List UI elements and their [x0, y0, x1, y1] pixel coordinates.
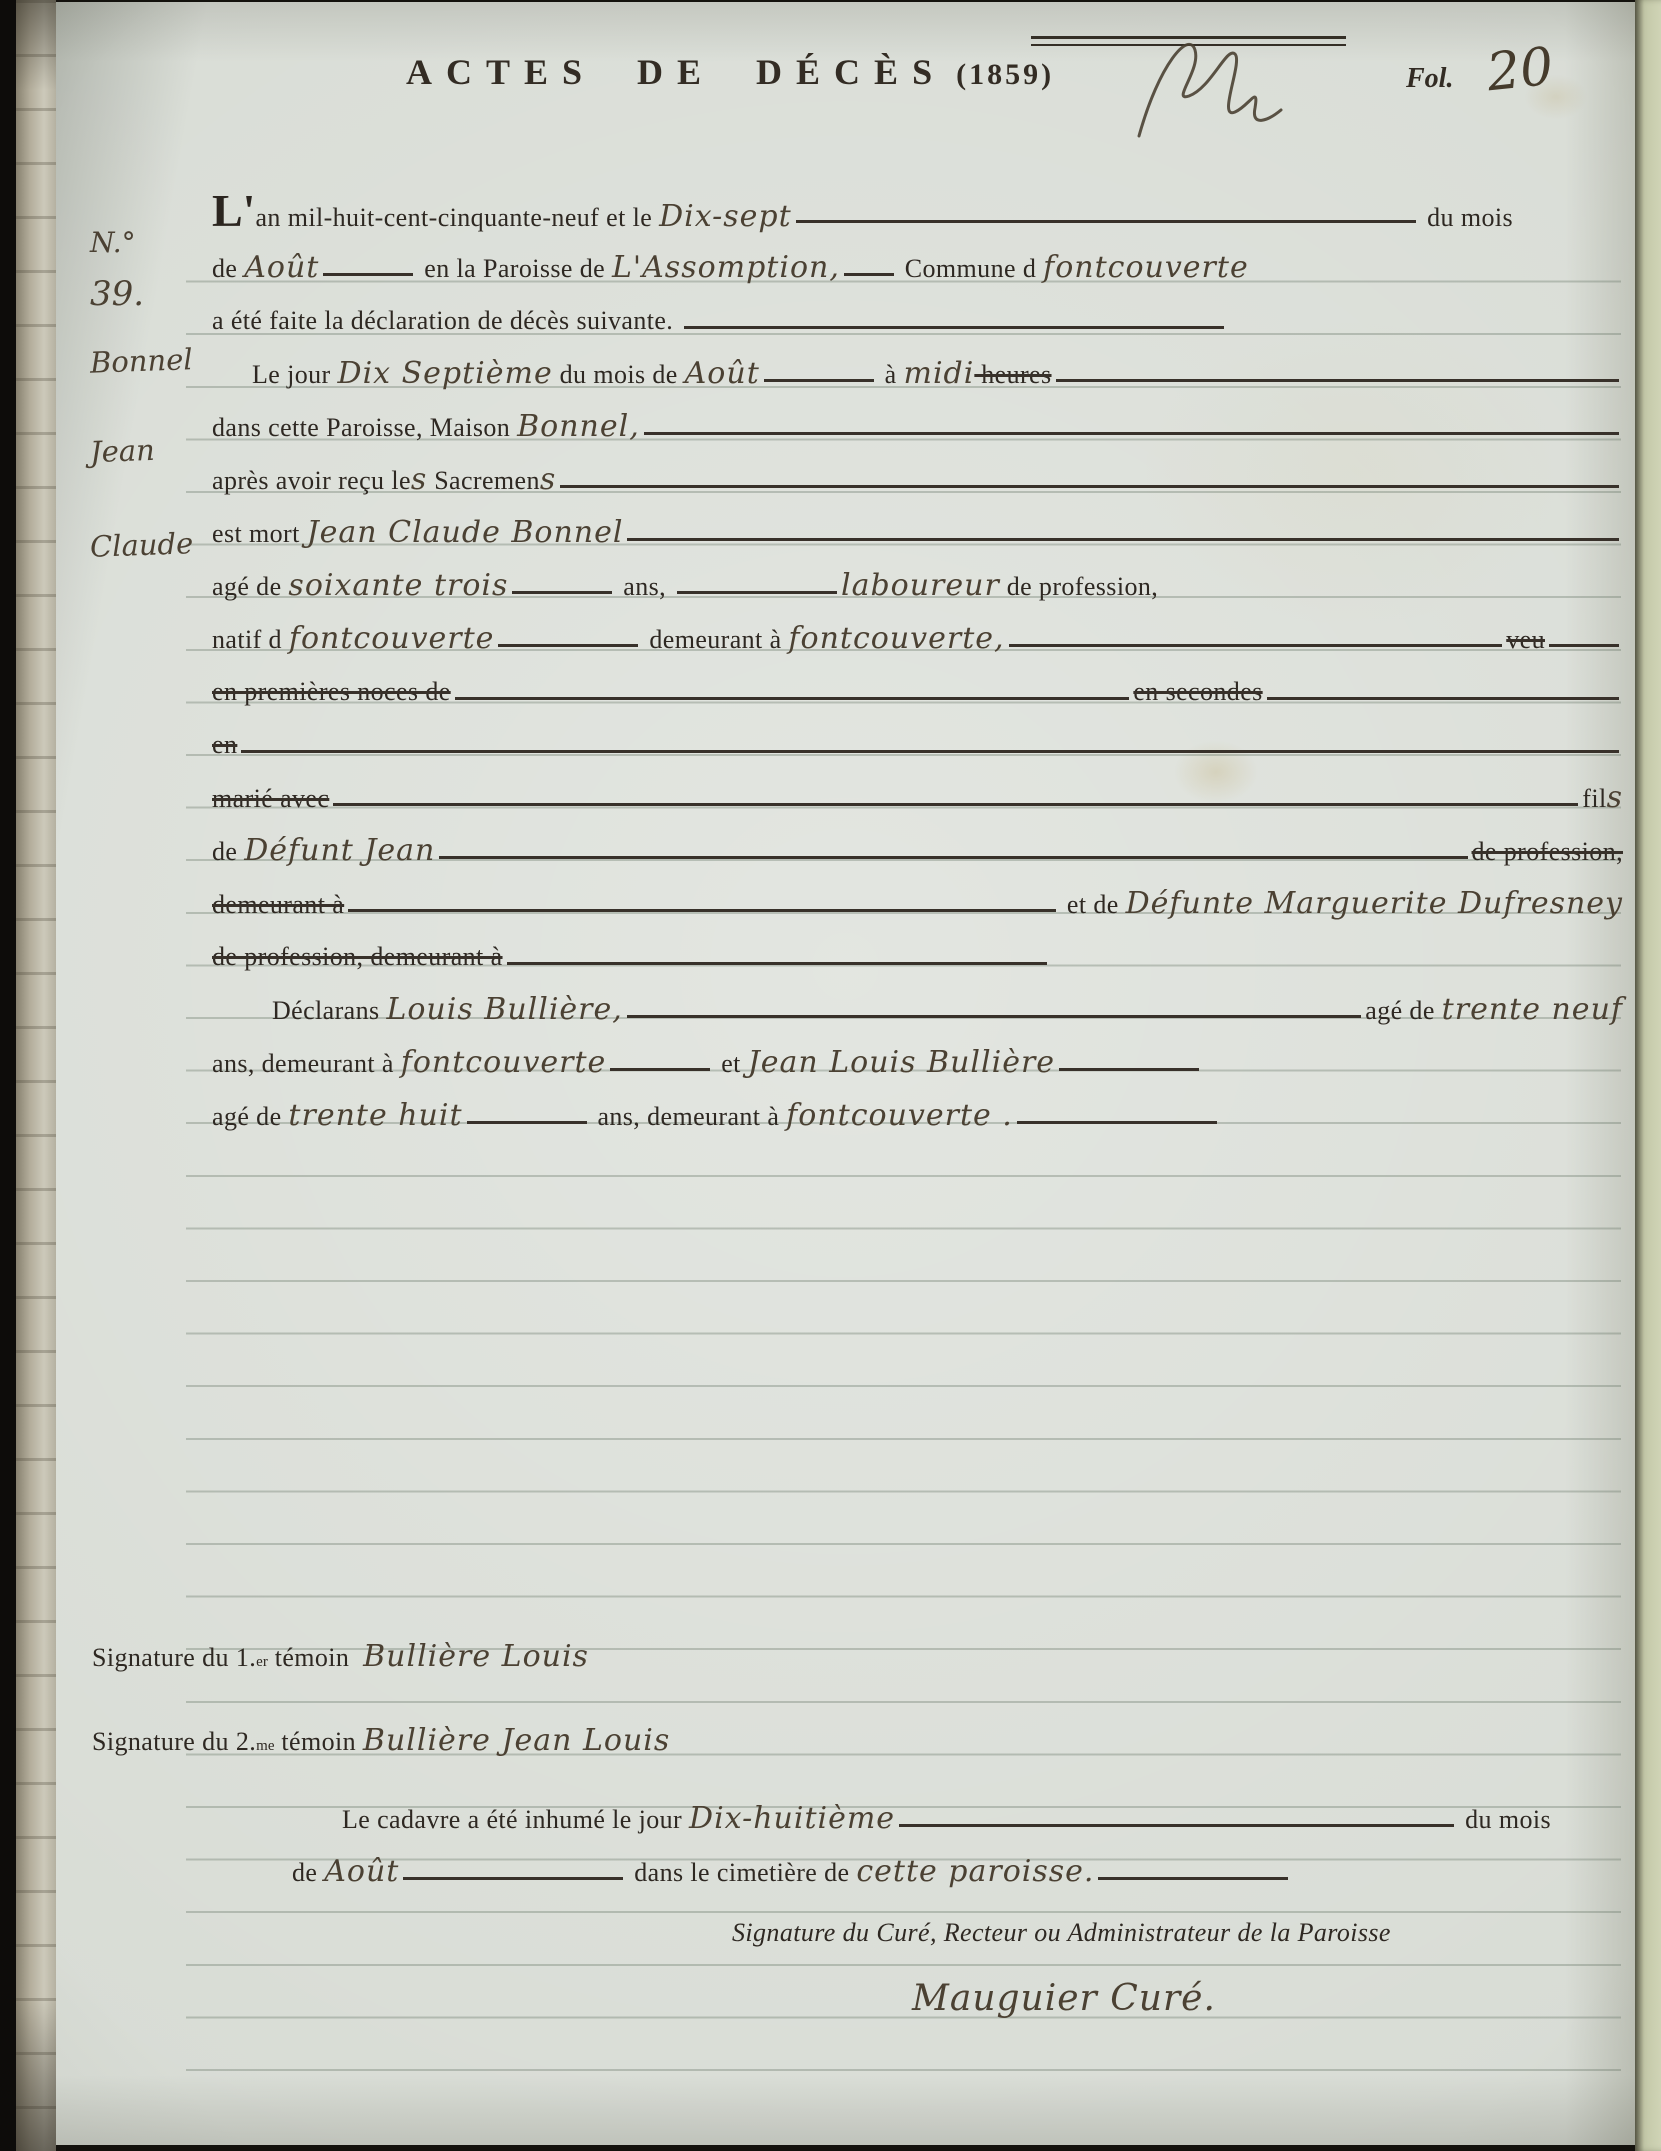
act-line: Déclarans Louis Bullière,agé de trente n… [212, 983, 1623, 1036]
margin-number-label: N.° [90, 226, 136, 259]
printed-text: ans, demeurant à [212, 1037, 401, 1090]
fill-rule [333, 803, 1578, 806]
fill-rule [677, 591, 837, 594]
act-line: Signature du 1.er témoin Bullière Louis [92, 1630, 1611, 1683]
handwritten-text: fontcouverte . [786, 1089, 1013, 1142]
next-page-edge [1635, 0, 1661, 2151]
handwritten-text: Jean [89, 427, 155, 475]
fill-rule [684, 326, 1224, 329]
printed-text: témoin [274, 1715, 362, 1768]
act-body: L'an mil-huit-cent-cinquante-neuf et le … [212, 188, 1623, 1142]
printed-text: du mois de [553, 348, 685, 401]
handwritten-text: midi [904, 347, 975, 400]
fill-rule [1059, 1068, 1199, 1071]
printed-text: natif d [212, 613, 289, 666]
printed-text: en la Paroisse de [417, 242, 612, 295]
printed-text: dans cette Paroisse, Maison [212, 401, 517, 454]
fill-rule [323, 273, 413, 276]
act-line: agé de trente huit ans, demeurant à font… [212, 1089, 1623, 1142]
margin-name-middle: Claude [66, 476, 216, 522]
printed-text: de profession, [1472, 825, 1623, 878]
act-line: Le cadavre a été inhumé le jour Dix-huit… [92, 1792, 1611, 1845]
handwritten-text: fontcouverte [401, 1036, 607, 1089]
printed-text: heures [974, 348, 1051, 401]
printed-text: du mois [1458, 1793, 1551, 1846]
act-line: de Août en la Paroisse de L'Assomption, … [212, 241, 1623, 294]
fill-rule [467, 1121, 587, 1124]
handwritten-text: Dix Septième [338, 347, 553, 400]
handwritten-text: cette paroisse. [856, 1845, 1094, 1898]
handwritten-text: Bullière Louis [363, 1630, 589, 1683]
printed-text: en [212, 718, 237, 771]
margin-column: N.° 39. Bonnel Jean Claude [66, 174, 216, 522]
act-line: est mort Jean Claude Bonnel [212, 506, 1623, 559]
handwritten-text: Dix-huitième [689, 1792, 895, 1845]
handwritten-text: Dix-sept [659, 190, 792, 243]
printed-text: après avoir reçu le [212, 454, 411, 507]
act-line: agé de soixante trois ans, laboureur de … [212, 559, 1623, 612]
printed-text: à [878, 348, 904, 401]
printed-text: demeurant à [212, 878, 344, 931]
margin-act-number: N.° 39. [66, 174, 216, 220]
fill-rule [844, 273, 894, 276]
fill-rule [241, 750, 1619, 753]
fill-rule [1549, 644, 1619, 647]
printed-text: en premières noces de [212, 665, 451, 718]
printed-text: témoin [268, 1631, 363, 1684]
folio-block: Fol. 20 [1406, 38, 1554, 102]
handwritten-text: s [540, 453, 556, 506]
handwritten-text: Bullière Jean Louis [363, 1714, 670, 1767]
handwritten-text: Août [244, 241, 319, 294]
handwritten-text: Défunt Jean [244, 824, 435, 877]
act-line: Signature du 2.me témoin Bullière Jean L… [92, 1714, 1611, 1767]
fill-rule [627, 1015, 1361, 1018]
act-line: Le jour Dix Septième du mois de Août à m… [212, 347, 1623, 400]
printed-text: marié avec [212, 772, 329, 825]
printed-text: ans, [616, 560, 673, 613]
printed-text: veu [1506, 613, 1545, 666]
folio-label: Fol. [1406, 47, 1453, 111]
printed-text: de profession, [1000, 560, 1158, 613]
printed-text: L' [212, 188, 255, 234]
printed-text: dans le cimetière de [627, 1846, 856, 1899]
handwritten-text: Août [685, 347, 760, 400]
fill-rule [1267, 697, 1619, 700]
handwritten-text: laboureur [841, 559, 1000, 612]
handwritten-text: soixante trois [288, 559, 508, 612]
printed-text: fil [1582, 772, 1606, 825]
act-line: en [212, 718, 1623, 771]
printed-text: Déclarans [272, 984, 386, 1037]
handwritten-text: s [411, 453, 427, 506]
handwritten-text: Défunte Marguerite Dufresney [1126, 877, 1623, 930]
act-line: a été faite la déclaration de décès suiv… [212, 294, 1623, 347]
fill-rule [1017, 1121, 1217, 1124]
act-line: après avoir reçu les Sacremens [212, 453, 1623, 506]
handwritten-text: Louis Bullière, [386, 983, 622, 1036]
page-torn-edge [16, 0, 56, 2151]
printed-text: Signature du Curé, Recteur ou Administra… [732, 1906, 1391, 1959]
act-line: de Août dans le cimetière de cette paroi… [92, 1845, 1611, 1898]
fill-rule [1056, 379, 1619, 382]
printed-text: de [212, 825, 244, 878]
printed-text: agé de [212, 560, 288, 613]
act-line: de profession, demeurant à [212, 930, 1623, 983]
handwritten-text: L'Assomption, [612, 241, 840, 294]
act-line: Mauguier Curé. [92, 1972, 1611, 2025]
page-header: ACTES DE DÉCÈS (1859) [406, 42, 1054, 102]
printed-text: me [256, 1720, 274, 1773]
fill-rule [403, 1877, 623, 1880]
act-line: Signature du Curé, Recteur ou Administra… [92, 1906, 1611, 1959]
act-line: de Défunt Jeande profession, [212, 824, 1623, 877]
handwritten-text: Mauguier Curé. [912, 1972, 1216, 2025]
handwritten-text: trente neuf [1442, 983, 1623, 1036]
handwritten-text: fontcouverte, [788, 612, 1004, 665]
book-spine [0, 0, 16, 2151]
printed-text: en secondes [1133, 665, 1262, 718]
printed-text: Signature du 2. [92, 1715, 256, 1768]
handwritten-text: Jean Louis Bullière [748, 1036, 1055, 1089]
header-year: (1859) [956, 45, 1054, 105]
printed-text: du mois [1420, 191, 1513, 244]
fill-rule [899, 1824, 1454, 1827]
printed-text: de [292, 1846, 324, 1899]
fill-rule [498, 644, 638, 647]
fill-rule [627, 538, 1619, 541]
handwritten-text: s [1607, 771, 1623, 824]
fill-rule [796, 220, 1417, 223]
handwritten-text: Août [324, 1845, 399, 1898]
printed-text: est mort [212, 507, 307, 560]
printed-text: a été faite la déclaration de décès suiv… [212, 294, 680, 347]
printed-text: Commune d [898, 242, 1043, 295]
act-line: ans, demeurant à fontcouverte et Jean Lo… [212, 1036, 1623, 1089]
act-line: en premières noces deen secondes [212, 665, 1623, 718]
page-title: ACTES DE DÉCÈS [406, 42, 946, 102]
fill-rule [764, 379, 874, 382]
handwritten-text: trente huit [288, 1089, 462, 1142]
margin-name-first: Jean [66, 382, 216, 428]
printed-text: de profession, demeurant à [212, 930, 503, 983]
handwritten-text: Claude [89, 520, 194, 570]
fill-rule [644, 432, 1619, 435]
printed-text: an mil-huit-cent-cinquante-neuf et le [255, 191, 659, 244]
folio-number: 20 [1484, 35, 1556, 106]
printed-text: et de [1060, 878, 1126, 931]
handwritten-text: Jean Claude Bonnel [307, 506, 624, 559]
fill-rule [512, 591, 612, 594]
fill-rule [455, 697, 1130, 700]
act-line: natif d fontcouverte demeurant à fontcou… [212, 612, 1623, 665]
handwritten-text: fontcouverte [289, 612, 495, 665]
handwritten-text: Bonnel [89, 336, 193, 386]
printed-text: et [714, 1037, 747, 1090]
scanned-register-photo: { "page": { "header": { "title": "ACTES … [0, 0, 1661, 2151]
printed-text: er [256, 1636, 268, 1689]
paraph-flourish-icon [1131, 24, 1301, 149]
printed-text: Le cadavre a été inhumé le jour [342, 1793, 689, 1846]
printed-text: ans, demeurant à [591, 1090, 787, 1143]
printed-text: Sacremen [427, 454, 540, 507]
act-line: L'an mil-huit-cent-cinquante-neuf et le … [212, 188, 1623, 241]
fill-rule [1098, 1877, 1288, 1880]
fill-rule [439, 856, 1467, 859]
fill-rule [348, 909, 1056, 912]
act-line: marié avecfils [212, 771, 1623, 824]
act-footer: Signature du 1.er témoin Bullière LouisS… [92, 1630, 1611, 2025]
handwritten-text: fontcouverte [1043, 241, 1249, 294]
fill-rule [610, 1068, 710, 1071]
printed-text: demeurant à [642, 613, 788, 666]
printed-text: agé de [212, 1090, 288, 1143]
act-line: demeurant à et de Défunte Marguerite Duf… [212, 877, 1623, 930]
margin-number-value: 39. [90, 274, 144, 314]
printed-text: Le jour [252, 348, 338, 401]
printed-text: Signature du 1. [92, 1631, 256, 1684]
document-page: ACTES DE DÉCÈS (1859) Fol. 20 N.° 39. Bo… [56, 2, 1635, 2145]
fill-rule [560, 485, 1619, 488]
printed-text: de [212, 242, 244, 295]
fill-rule [1009, 644, 1503, 647]
printed-text: agé de [1365, 984, 1441, 1037]
handwritten-text: Bonnel, [517, 400, 640, 453]
fill-rule [507, 962, 1047, 965]
act-line: dans cette Paroisse, Maison Bonnel, [212, 400, 1623, 453]
